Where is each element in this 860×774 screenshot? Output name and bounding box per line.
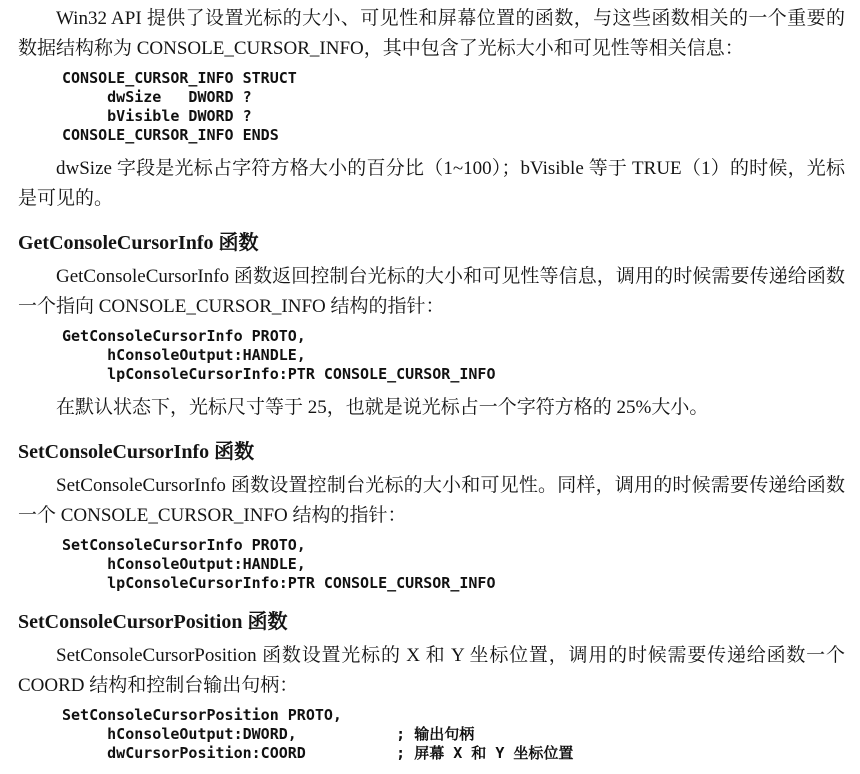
section-heading-setconsolecursorposition: SetConsoleCursorPosition 函数 <box>18 608 845 636</box>
setconsolecursorposition-paragraph: SetConsoleCursorPosition 函数设置光标的 X 和 Y 坐… <box>18 641 845 701</box>
setconsolecursorinfo-paragraph: SetConsoleCursorInfo 函数设置控制台光标的大小和可见性。同样… <box>18 471 845 531</box>
book-page: Win32 API 提供了设置光标的大小、可见性和屏幕位置的函数，与这些函数相关… <box>0 0 860 774</box>
section-heading-setconsolecursorinfo: SetConsoleCursorInfo 函数 <box>18 438 845 466</box>
console-cursor-info-struct-code: CONSOLE_CURSOR_INFO STRUCT dwSize DWORD … <box>62 69 845 145</box>
intro-paragraph: Win32 API 提供了设置光标的大小、可见性和屏幕位置的函数，与这些函数相关… <box>18 4 845 64</box>
section-heading-getconsolecursorinfo: GetConsoleCursorInfo 函数 <box>18 229 845 257</box>
getconsolecursorinfo-paragraph: GetConsoleCursorInfo 函数返回控制台光标的大小和可见性等信息… <box>18 262 845 322</box>
setconsolecursorposition-proto-code: SetConsoleCursorPosition PROTO, hConsole… <box>62 706 845 763</box>
struct-fields-paragraph: dwSize 字段是光标占字符方格大小的百分比（1~100）；bVisible … <box>18 154 845 214</box>
default-cursor-size-note: 在默认状态下，光标尺寸等于 25，也就是说光标占一个字符方格的 25%大小。 <box>18 393 845 423</box>
setconsolecursorinfo-proto-code: SetConsoleCursorInfo PROTO, hConsoleOutp… <box>62 536 845 593</box>
getconsolecursorinfo-proto-code: GetConsoleCursorInfo PROTO, hConsoleOutp… <box>62 327 845 384</box>
